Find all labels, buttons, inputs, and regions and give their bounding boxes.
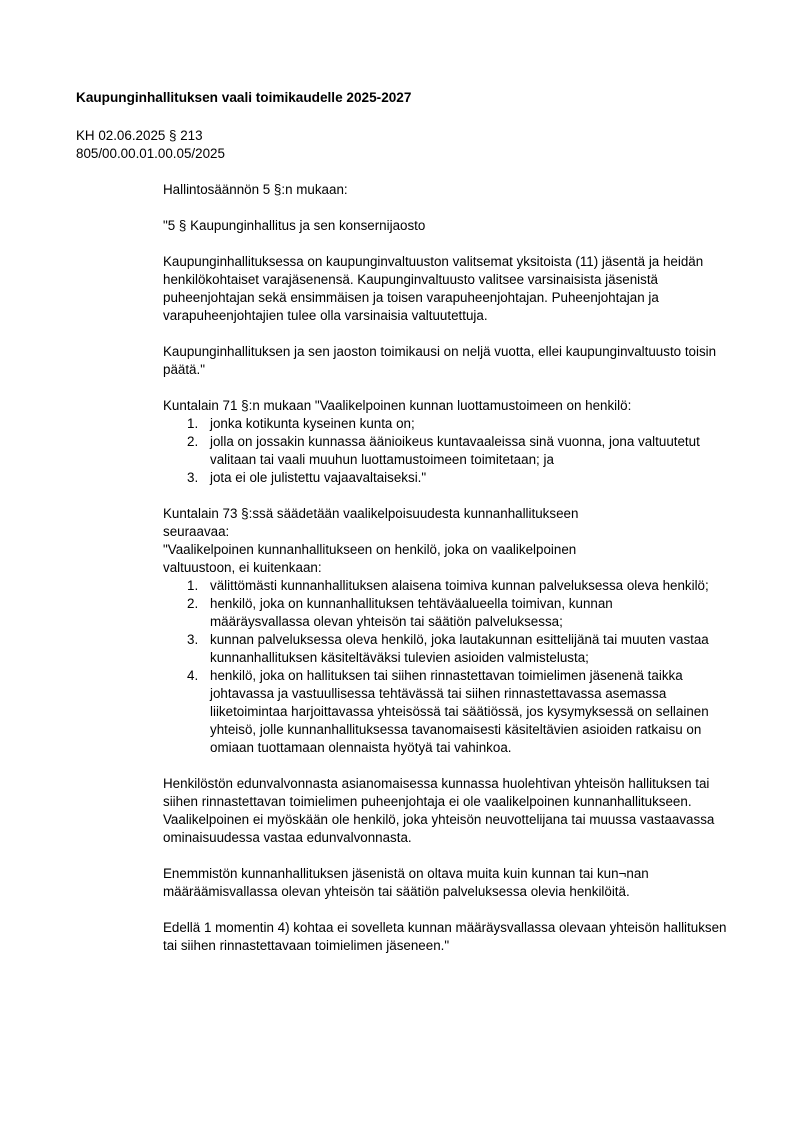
list-text: henkilö, joka on kunnanhallituksen tehtä… — [210, 596, 613, 629]
list-text: välittömästi kunnanhallituksen alaisena … — [210, 578, 709, 593]
list-number: 2. — [187, 595, 198, 613]
document-page: Kaupunginhallituksen vaali toimikaudelle… — [0, 0, 794, 1122]
paragraph-advocacy: Henkilöstön edunvalvonnasta asianomaises… — [163, 775, 743, 847]
kl71-intro: Kuntalain 71 §:n mukaan "Vaalikelpoinen … — [163, 397, 743, 415]
list-item: 2.henkilö, joka on kunnanhallituksen teh… — [163, 595, 743, 631]
kl71-list: 1.jonka kotikunta kyseinen kunta on; 2.j… — [163, 415, 743, 487]
paragraph-majority: Enemmistön kunnanhallituksen jäsenistä o… — [163, 865, 743, 901]
list-text: kunnan palveluksessa oleva henkilö, joka… — [210, 632, 709, 665]
list-text: henkilö, joka on hallituksen tai siihen … — [210, 668, 709, 755]
paragraph-exception: Edellä 1 momentin 4) kohtaa ei sovelleta… — [163, 919, 743, 955]
list-number: 1. — [187, 415, 198, 433]
kl73-intro: Kuntalain 73 §:ssä säädetään vaalikelpoi… — [163, 505, 623, 541]
document-title: Kaupunginhallituksen vaali toimikaudelle… — [76, 90, 411, 105]
list-number: 4. — [187, 667, 198, 685]
document-body: Hallintosäännön 5 §:n mukaan: "5 § Kaupu… — [163, 181, 743, 973]
list-item: 4.henkilö, joka on hallituksen tai siihe… — [163, 667, 743, 757]
quote-heading: "5 § Kaupunginhallitus ja sen konsernija… — [163, 217, 743, 235]
list-item: 1.välittömästi kunnanhallituksen alaisen… — [163, 577, 743, 595]
list-text: jonka kotikunta kyseinen kunta on; — [210, 416, 415, 431]
list-text: jota ei ole julistettu vajaavaltaiseksi.… — [210, 470, 426, 485]
list-number: 3. — [187, 631, 198, 649]
list-number: 3. — [187, 469, 198, 487]
paragraph-composition: Kaupunginhallituksessa on kaupunginvaltu… — [163, 253, 743, 325]
list-item: 3.kunnan palveluksessa oleva henkilö, jo… — [163, 631, 743, 667]
list-number: 2. — [187, 433, 198, 451]
list-item: 3.jota ei ole julistettu vajaavaltaiseks… — [163, 469, 743, 487]
list-text: jolla on jossakin kunnassa äänioikeus ku… — [210, 434, 700, 467]
list-item: 2.jolla on jossakin kunnassa äänioikeus … — [163, 433, 743, 469]
intro-paragraph: Hallintosäännön 5 §:n mukaan: — [163, 181, 743, 199]
meeting-reference: KH 02.06.2025 § 213 — [76, 127, 225, 145]
paragraph-term: Kaupunginhallituksen ja sen jaoston toim… — [163, 343, 743, 379]
kl73-quote: "Vaalikelpoinen kunnanhallitukseen on he… — [163, 541, 623, 577]
document-meta: KH 02.06.2025 § 213 805/00.00.01.00.05/2… — [76, 127, 225, 163]
kl73-list: 1.välittömästi kunnanhallituksen alaisen… — [163, 577, 743, 757]
list-number: 1. — [187, 577, 198, 595]
list-item: 1.jonka kotikunta kyseinen kunta on; — [163, 415, 743, 433]
record-id: 805/00.00.01.00.05/2025 — [76, 145, 225, 163]
